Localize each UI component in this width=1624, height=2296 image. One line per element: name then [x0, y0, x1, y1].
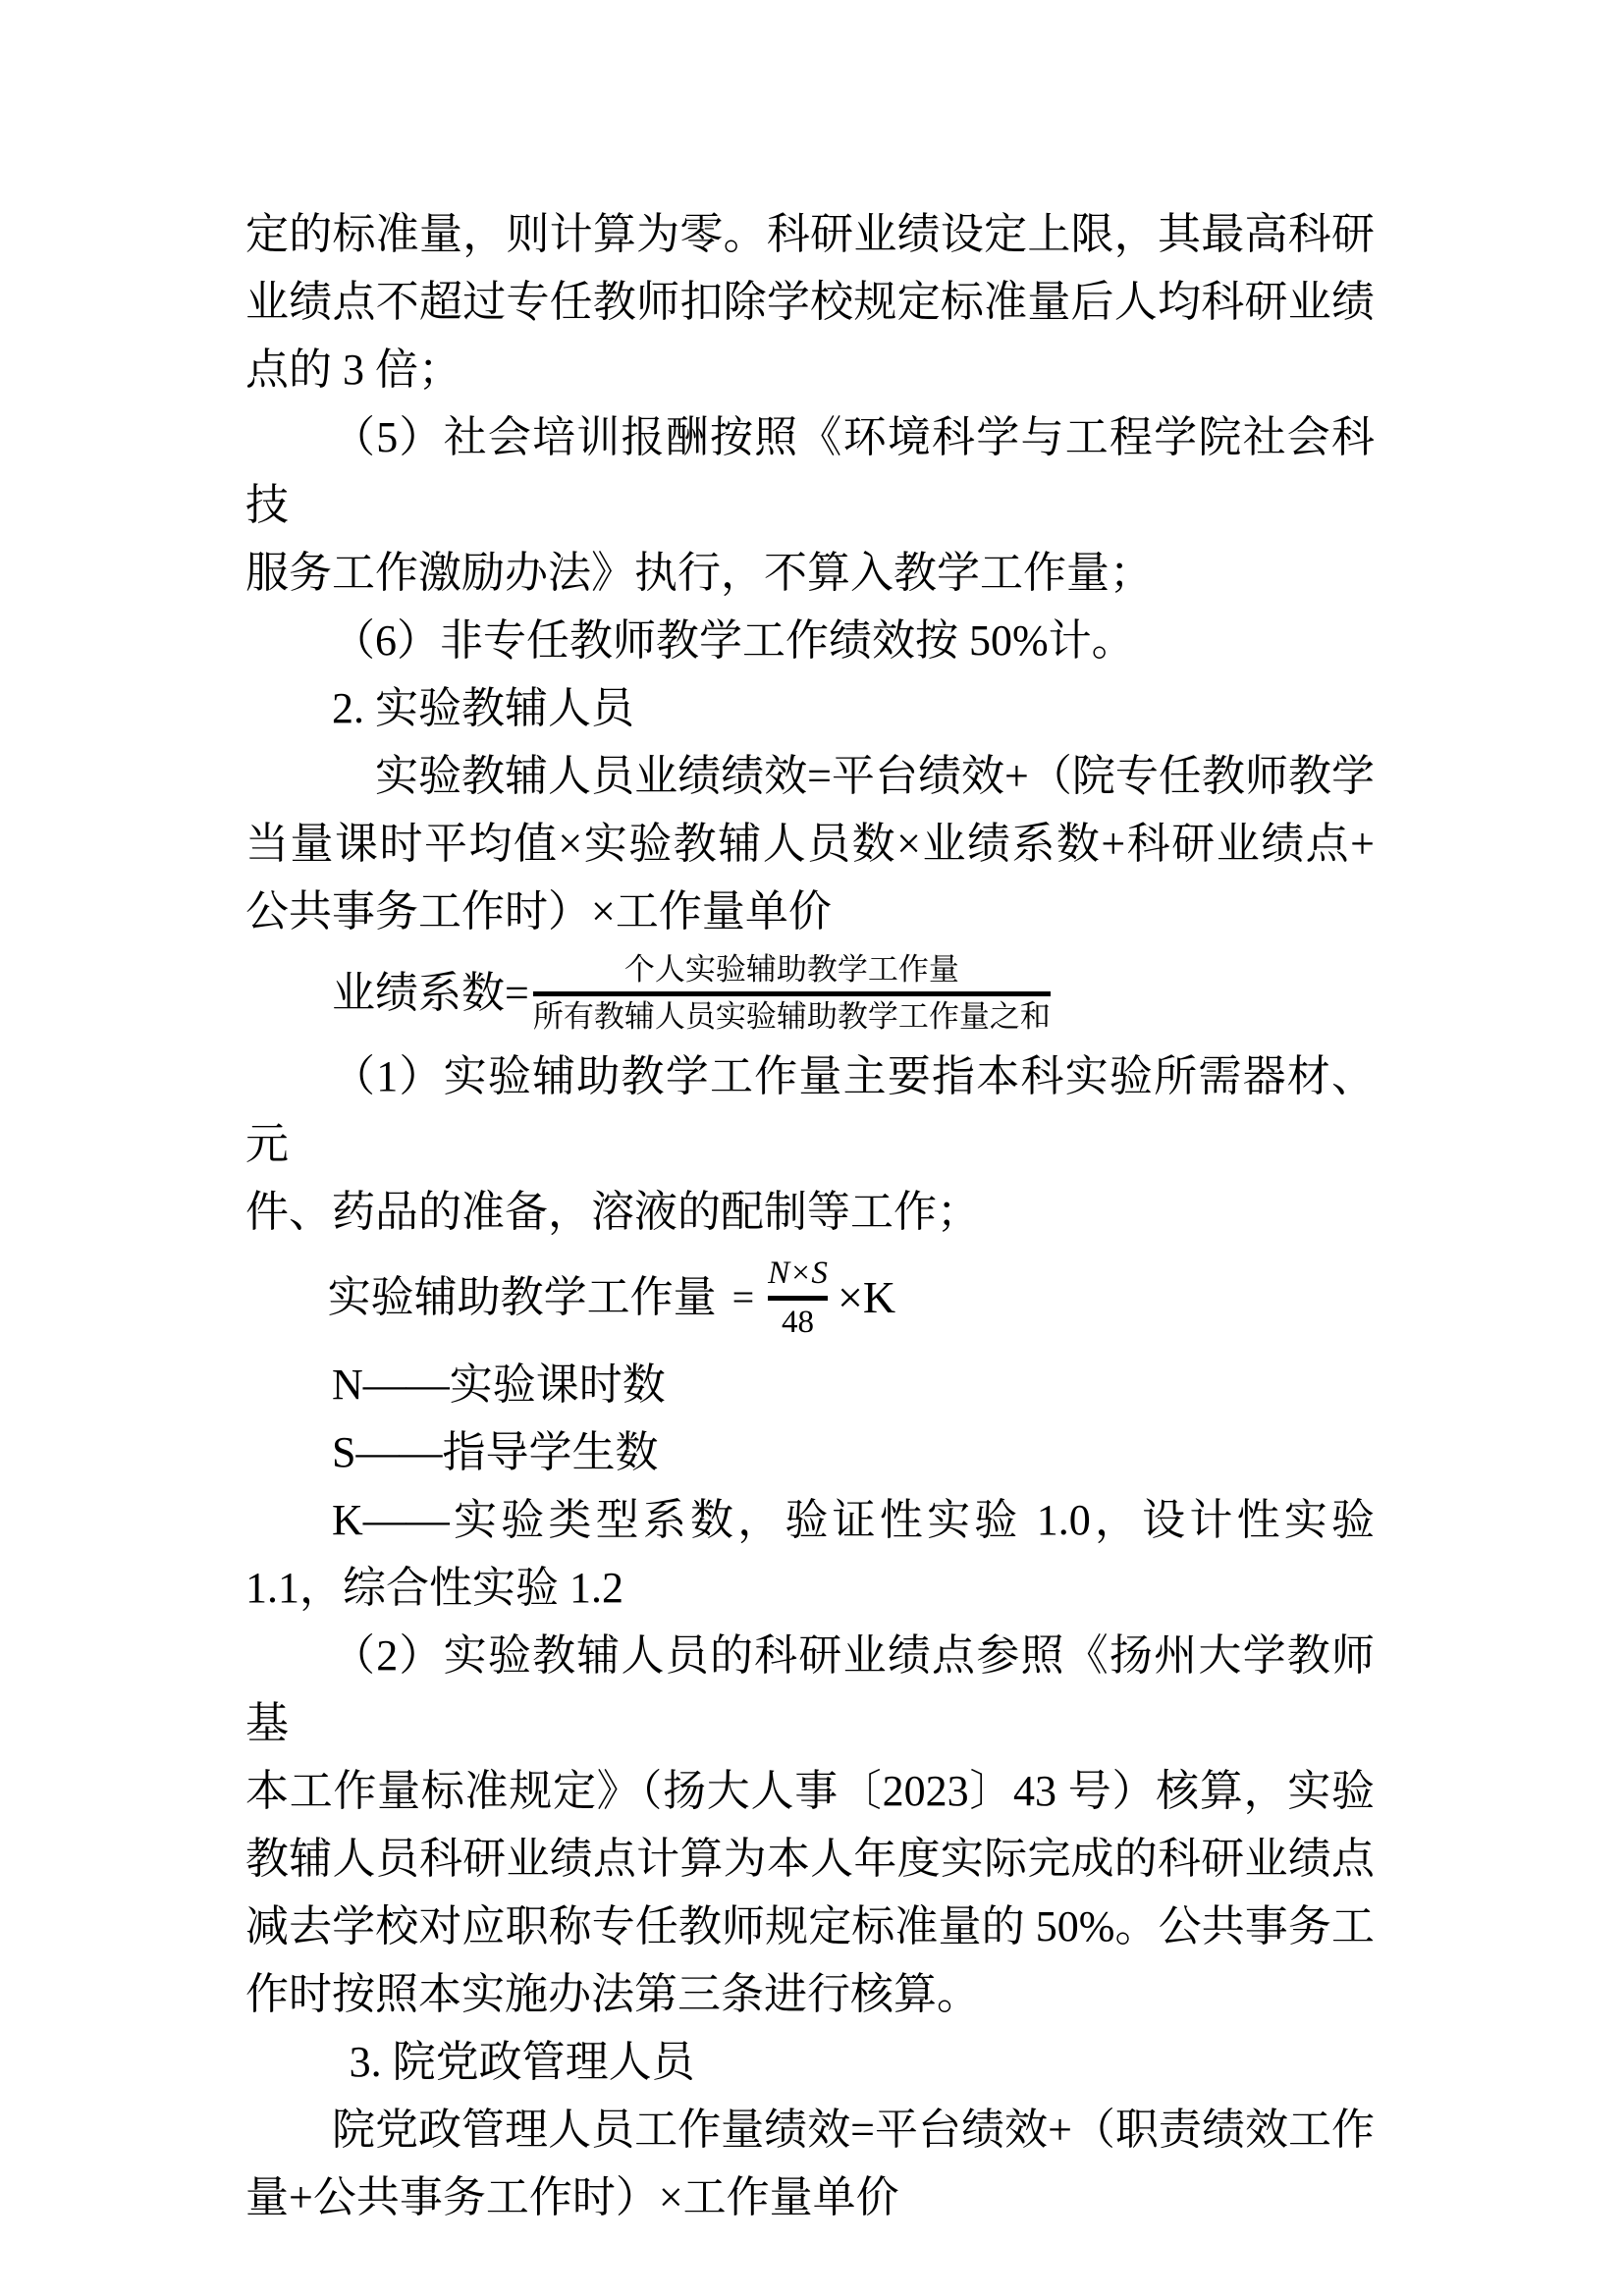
text-line: 当量课时平均值×实验教辅人员数×业绩系数+科研业绩点+ — [245, 810, 1375, 878]
text-line: 实验教辅人员业绩绩效=平台绩效+（院专任教师教学 — [245, 742, 1375, 810]
text-line: 作时按照本实施办法第三条进行核算。 — [245, 1960, 1375, 2028]
text-line: 点的 3 倍； — [245, 336, 1375, 403]
text-line: 2. 实验教辅人员 — [245, 674, 1375, 742]
document-body: 定的标准量，则计算为零。科研业绩设定上限，其最高科研业绩点不超过专任教师扣除学校… — [245, 200, 1375, 2231]
text-line: 3. 院党政管理人员 — [245, 2028, 1375, 2096]
text-line: S——指导学生数 — [245, 1418, 1375, 1486]
fraction-stack: 个人实验辅助教学工作量 所有教辅人员实验辅助教学工作量之和 — [533, 951, 1051, 1037]
text-line: 公共事务工作时）×工作量单价 — [245, 878, 1375, 945]
performance-coefficient-formula: 业绩系数= 个人实验辅助教学工作量 所有教辅人员实验辅助教学工作量之和 — [332, 951, 1375, 1037]
equals-sign: = — [732, 1276, 755, 1319]
multiplier: ×K — [838, 1273, 895, 1323]
text-line: （2）实验教辅人员的科研业绩点参照《扬州大学教师基 — [245, 1622, 1375, 1757]
text-line: 量+公共事务工作时）×工作量单价 — [245, 2163, 1375, 2231]
text-line: 院党政管理人员工作量绩效=平台绩效+（职责绩效工作 — [245, 2096, 1375, 2163]
text-line: （6）非专任教师教学工作绩效按 50%计。 — [245, 607, 1375, 674]
fraction-numerator: 个人实验辅助教学工作量 — [624, 951, 959, 989]
text-line: 教辅人员科研业绩点计算为本人年度实际完成的科研业绩点 — [245, 1825, 1375, 1893]
fraction-numerator: N×S — [768, 1254, 828, 1294]
text-line: 本工作量标准规定》（扬大人事〔2023〕43 号）核算，实验 — [245, 1757, 1375, 1825]
formula-label: 实验辅助教学工作量 — [328, 1274, 717, 1321]
text-line: 件、药品的准备，溶液的配制等工作； — [245, 1178, 1375, 1246]
text-line: 1.1，综合性实验 1.2 — [245, 1554, 1375, 1622]
fraction-denominator: 所有教辅人员实验辅助教学工作量之和 — [533, 998, 1051, 1037]
text-line: （5）社会培训报酬按照《环境科学与工程学院社会科技 — [245, 403, 1375, 539]
fraction-bar — [768, 1296, 828, 1301]
text-line: 减去学校对应职称专任教师规定标准量的 50%。公共事务工 — [245, 1893, 1375, 1960]
fraction-denominator: 48 — [782, 1303, 814, 1343]
lab-teaching-workload-formula: 实验辅助教学工作量 = N×S 48 ×K — [328, 1254, 1375, 1344]
text-line: （1）实验辅助教学工作量主要指本科实验所需器材、元 — [245, 1042, 1375, 1178]
document-page: 定的标准量，则计算为零。科研业绩设定上限，其最高科研业绩点不超过专任教师扣除学校… — [0, 0, 1624, 2296]
fraction-bar — [533, 991, 1051, 996]
text-line: 业绩点不超过专任教师扣除学校规定标准量后人均科研业绩 — [245, 268, 1375, 336]
formula-label: 业绩系数= — [332, 970, 529, 1017]
text-line: 定的标准量，则计算为零。科研业绩设定上限，其最高科研 — [245, 200, 1375, 268]
text-line: 服务工作激励办法》执行，不算入教学工作量； — [245, 539, 1375, 607]
fraction-stack: N×S 48 — [768, 1254, 828, 1344]
text-line: K——实验类型系数，验证性实验 1.0，设计性实验 — [245, 1486, 1375, 1554]
text-line: N——实验课时数 — [245, 1351, 1375, 1418]
